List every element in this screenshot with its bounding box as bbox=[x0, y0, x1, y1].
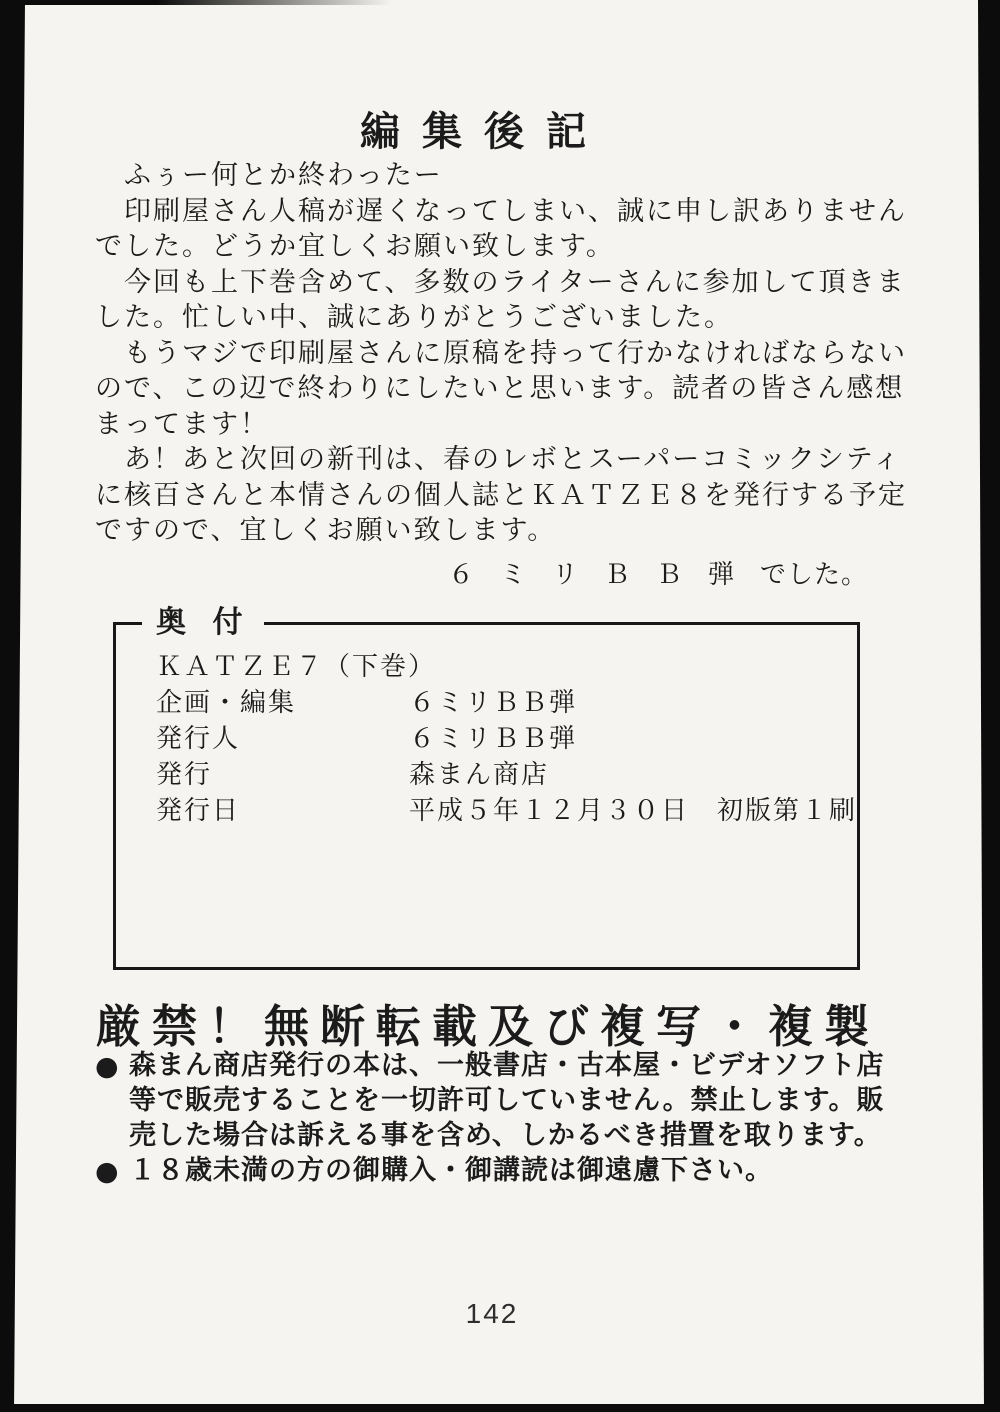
colophon-row-label: 発行人 bbox=[156, 721, 409, 757]
page-number: 142 bbox=[0, 1298, 984, 1330]
afterword-line: でした。どうか宜しくお願い致します。 bbox=[95, 229, 910, 265]
afterword-line: ので、この辺で終わりにしたいと思います。読者の皆さん感想 bbox=[95, 371, 910, 407]
afterword-line: ですので、宜しくお願い致します。 bbox=[95, 513, 910, 549]
colophon-row: 企画・編集 ６ミリＢＢ弾 bbox=[156, 685, 857, 721]
afterword-line: ふぅー何とか終わったー bbox=[95, 158, 910, 194]
colophon-box-label: 奥 付 bbox=[142, 605, 264, 641]
bullet-icon: ● bbox=[95, 1154, 119, 1189]
colophon-row-label: 発行 bbox=[156, 757, 409, 793]
scanned-page: 編集後記 ふぅー何とか終わったー 印刷屋さん人稿が遅くなってしまい、誠に申し訳あ… bbox=[0, 0, 1000, 1412]
afterword-line: まってます！ bbox=[95, 407, 910, 443]
colophon-row-value: 森まん商店 bbox=[409, 757, 549, 793]
colophon-row-value: ６ミリＢＢ弾 bbox=[409, 721, 577, 757]
scan-border-left bbox=[0, 0, 26, 1412]
colophon-row: 発行人 ６ミリＢＢ弾 bbox=[156, 721, 857, 757]
afterword-line: 印刷屋さん人稿が遅くなってしまい、誠に申し訳ありません bbox=[95, 194, 910, 230]
afterword-line: 今回も上下巻含めて、多数のライターさんに参加して頂きま bbox=[95, 265, 910, 301]
warning-line: 売した場合は訴える事を含め、しかるべき措置を取ります。 bbox=[129, 1118, 919, 1153]
bullet-icon: ● bbox=[95, 1049, 119, 1084]
colophon-row: 発行日 平成５年１２月３０日 初版第１刷 bbox=[156, 793, 857, 829]
colophon-content: ＫＡＴＺＥ７（下巻） 企画・編集 ６ミリＢＢ弾 発行人 ６ミリＢＢ弾 発行 森ま… bbox=[116, 625, 857, 829]
warning-item: ● 森まん商店発行の本は、一般書店・古本屋・ビデオソフト店 等で販売することを一… bbox=[129, 1048, 919, 1153]
warning-line: １８歳未満の方の御購入・御講読は御遠慮下さい。 bbox=[129, 1153, 919, 1188]
warning-line: 等で販売することを一切許可していません。禁止します。販 bbox=[129, 1083, 919, 1118]
signature-suffix: でした。 bbox=[760, 554, 868, 591]
afterword-title: 編集後記 bbox=[0, 100, 966, 157]
colophon-box: 奥 付 ＫＡＴＺＥ７（下巻） 企画・編集 ６ミリＢＢ弾 発行人 ６ミリＢＢ弾 発… bbox=[113, 622, 860, 970]
colophon-row-value: ６ミリＢＢ弾 bbox=[409, 685, 577, 721]
warning-list: ● 森まん商店発行の本は、一般書店・古本屋・ビデオソフト店 等で販売することを一… bbox=[129, 1048, 919, 1188]
warning-headline: 厳禁！無断転載及び複写・複製 bbox=[96, 990, 880, 1055]
warning-line: 森まん商店発行の本は、一般書店・古本屋・ビデオソフト店 bbox=[129, 1048, 919, 1083]
colophon-row-value: 平成５年１２月３０日 初版第１刷 bbox=[409, 793, 857, 829]
colophon-row: 発行 森まん商店 bbox=[156, 757, 857, 793]
scan-border-right bbox=[977, 0, 1000, 1412]
afterword-line: あ！あと次回の新刊は、春のレボとスーパーコミックシティ bbox=[95, 442, 910, 478]
signature-name: ６ミリＢＢ弾 bbox=[448, 554, 760, 591]
afterword-signature: ６ミリＢＢ弾 でした。 bbox=[95, 553, 910, 593]
warning-item: ● １８歳未満の方の御購入・御講読は御遠慮下さい。 bbox=[129, 1153, 919, 1188]
scan-border-top bbox=[0, 0, 560, 5]
colophon-row-label: 発行日 bbox=[156, 793, 409, 829]
afterword-body: ふぅー何とか終わったー 印刷屋さん人稿が遅くなってしまい、誠に申し訳ありません … bbox=[95, 158, 910, 593]
afterword-line: に核百さんと本情さんの個人誌とＫＡＴＺＥ８を発行する予定 bbox=[95, 478, 910, 514]
colophon-row-label: 企画・編集 bbox=[156, 685, 409, 721]
afterword-line: した。忙しい中、誠にありがとうございました。 bbox=[95, 300, 910, 336]
colophon-title: ＫＡＴＺＥ７（下巻） bbox=[156, 649, 857, 685]
afterword-line: もうマジで印刷屋さんに原稿を持って行かなければならない bbox=[95, 336, 910, 372]
scan-border-bottom bbox=[0, 1404, 1000, 1412]
